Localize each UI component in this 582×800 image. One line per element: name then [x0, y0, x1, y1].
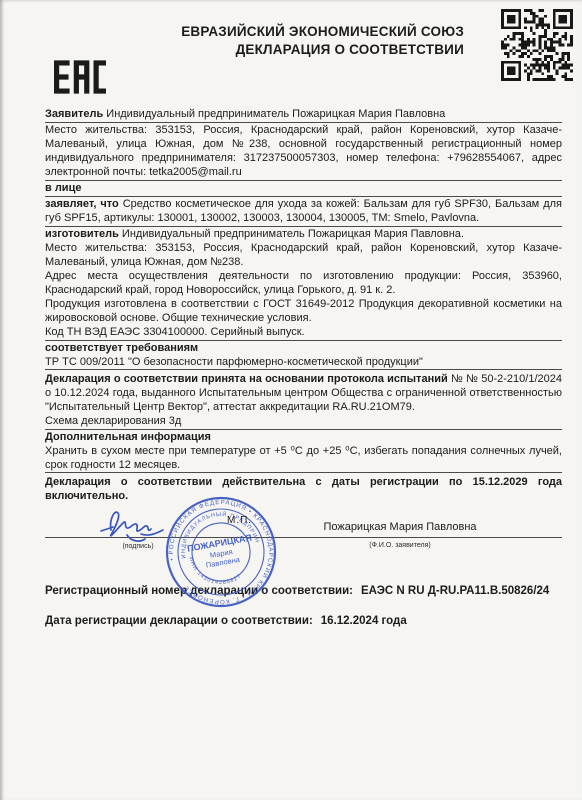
signature-area: • РОССИЙСКАЯ ФЕДЕРАЦИЯ • КРАСНОДАРСКИЙ К… [45, 507, 562, 573]
additional-info-label: Дополнительная информация [45, 430, 562, 444]
doc-title: ДЕКЛАРАЦИЯ О СООТВЕТСТВИИ [181, 41, 464, 59]
registration-number-line: Регистрационный номер декларации о соотв… [45, 579, 562, 603]
fio-caption: (Ф.И.О. заявителя) [285, 539, 515, 553]
registration-date-value: 16.12.2024 года [321, 615, 407, 627]
document-header: ЕВРАЗИЙСКИЙ ЭКОНОМИЧЕСКИЙ СОЮЗ ДЕКЛАРАЦИ… [0, 0, 582, 107]
scheme-line: Схема декларирования 3д [45, 414, 562, 430]
tnved-line: Код ТН ВЭД ЕАЭС 3304100000. Серийный вып… [45, 325, 562, 341]
manufacturer-name: Индивидуальный предприниматель Пожарицка… [122, 228, 464, 240]
registration-date-line: Дата регистрации декларации о соответств… [45, 609, 562, 633]
in-person-line: в лице [45, 181, 562, 197]
applicant-fio: Пожарицкая Мария Павловна [285, 520, 515, 534]
stamp-place-label: М.П. [227, 514, 252, 528]
document-titles: ЕВРАЗИЙСКИЙ ЭКОНОМИЧЕСКИЙ СОЮЗ ДЕКЛАРАЦИ… [181, 23, 464, 58]
registration-number-value: ЕАЭС N RU Д-RU.РА11.В.50826/24 [361, 585, 549, 597]
declaration-document: ЕВРАЗИЙСКИЙ ЭКОНОМИЧЕСКИЙ СОЮЗ ДЕКЛАРАЦИ… [0, 0, 582, 800]
handwritten-signature [97, 501, 169, 545]
applicant-name: Индивидуальный предприниматель Пожарицка… [106, 108, 445, 120]
manufacturer-label: изготовитель [45, 228, 119, 240]
declares-paragraph: заявляет, что Средство косметическое для… [45, 197, 562, 227]
eac-mark-icon [54, 52, 106, 102]
conforms-label: соответствует требованиям [45, 341, 562, 355]
qr-code-icon [501, 9, 573, 81]
manufacturer-line: изготовитель Индивидуальный предпринимат… [45, 227, 562, 241]
manufacturer-address: Место жительства: 353153, Россия, Красно… [45, 241, 562, 269]
additional-info-text: Хранить в сухом месте при температуре от… [45, 444, 562, 472]
union-title: ЕВРАЗИЙСКИЙ ЭКОНОМИЧЕСКИЙ СОЮЗ [181, 23, 464, 41]
basis-bold-part: Декларация о соответствии принята на осн… [45, 373, 448, 385]
gost-paragraph: Продукция изготовлена в соответствии с Г… [45, 297, 562, 325]
applicant-address: Место жительства: 353153, Россия, Красно… [45, 123, 562, 181]
production-address: Адрес места осуществления деятельности п… [45, 269, 562, 297]
basis-paragraph: Декларация о соответствии принята на осн… [45, 369, 562, 414]
declares-label: заявляет, что [45, 198, 119, 210]
regulation-line: ТР ТС 009/2011 "О безопасности парфюмерн… [45, 355, 562, 369]
applicant-line: Заявитель Индивидуальный предприниматель… [45, 107, 562, 123]
product-description: Средство косметическое для ухода за коже… [45, 198, 562, 224]
validity-paragraph: Декларация о соответствии действительна … [45, 472, 562, 503]
round-stamp: • РОССИЙСКАЯ ФЕДЕРАЦИЯ • КРАСНОДАРСКИЙ К… [153, 482, 288, 622]
document-body: Заявитель Индивидуальный предприниматель… [0, 107, 582, 633]
applicant-label: Заявитель [45, 108, 103, 120]
